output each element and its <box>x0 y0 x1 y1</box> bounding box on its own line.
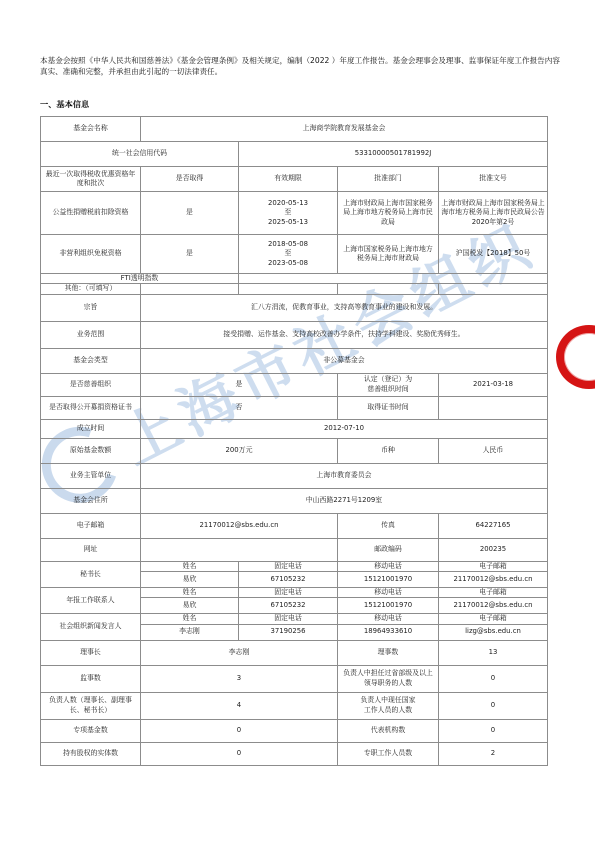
chairman-value: 李志刚 <box>141 640 338 665</box>
purpose-value: 汇八方涓流，促教育事业，支持高等教育事业的建设和发展。 <box>141 294 548 321</box>
other-cell-2 <box>239 284 338 294</box>
email-value: 21170012@sbs.edu.cn <box>141 513 338 538</box>
type-value: 非公募基金会 <box>141 348 548 373</box>
supervisors-count-value: 3 <box>141 665 338 692</box>
row-public-fundraising: 是否取得公开募捐资格证书 否 取得证书时间 <box>41 396 548 419</box>
row-equity-entities: 持有股权的实体数 0 专职工作人员数 2 <box>41 742 548 765</box>
fti-value <box>239 274 548 284</box>
certificate-time-label: 取得证书时间 <box>338 396 439 419</box>
tax-deduction-obtained: 是 <box>141 192 239 235</box>
equity-entities-label: 持有股权的实体数 <box>41 742 141 765</box>
report-page: 本基金会按照《中华人民共和国慈善法》《基金会管理条例》及相关规定，编制（2022… <box>0 0 595 842</box>
special-funds-value: 0 <box>141 719 338 742</box>
website-value <box>141 538 338 561</box>
chairman-label: 理事长 <box>41 640 141 665</box>
public-fundraising-label: 是否取得公开募捐资格证书 <box>41 396 141 419</box>
tax-header-period: 有效期限 <box>239 167 338 192</box>
other-cell-3 <box>338 284 439 294</box>
spokesperson-email-header: 电子邮箱 <box>439 614 548 624</box>
established-value: 2012-07-10 <box>141 419 548 438</box>
tax-header-label: 最近一次取得税收优惠资格年度和批次 <box>41 167 141 192</box>
nonprofit-exempt-obtained: 是 <box>141 235 239 274</box>
scope-label: 业务范围 <box>41 321 141 348</box>
basic-info-table: 基金会名称 上海商学院教育发展基金会 统一社会信用代码 533100005017… <box>40 116 548 766</box>
tax-deduction-period: 2020-05-13 至 2025-05-13 <box>239 192 338 235</box>
row-other: 其他：（可填写） <box>41 284 548 294</box>
leaders-count-value: 4 <box>141 692 338 719</box>
address-value: 中山西路2271号1209室 <box>141 488 548 513</box>
spokesperson-label: 社会组织新闻发言人 <box>41 614 141 640</box>
row-email: 电子邮箱 21170012@sbs.edu.cn 传真 64227165 <box>41 513 548 538</box>
address-label: 基金会住所 <box>41 488 141 513</box>
row-established: 成立时间 2012-07-10 <box>41 419 548 438</box>
row-leaders-count: 负责人数（理事长、副理事长、秘书长） 4 负责人中现任国家 工作人员的人数 0 <box>41 692 548 719</box>
row-special-funds: 专项基金数 0 代表机构数 0 <box>41 719 548 742</box>
provincial-leaders-label: 负责人中担任过省部级及以上领导职务的人数 <box>338 665 439 692</box>
scope-value: 接受捐赠、运作基金、支持高校改善办学条件，扶持学科建设、奖励优秀师生。 <box>141 321 548 348</box>
state-employees-value: 0 <box>439 692 548 719</box>
leaders-count-label: 负责人数（理事长、副理事长、秘书长） <box>41 692 141 719</box>
secretary-mobile: 15121001970 <box>338 571 439 587</box>
spokesperson-mobile: 18964933610 <box>338 624 439 640</box>
spokesperson-tel-header: 固定电话 <box>239 614 338 624</box>
secretary-name: 易欣 <box>141 571 239 587</box>
tax-deduction-authority: 上海市财政局上海市国家税务局上海市地方税务局上海市民政局 <box>338 192 439 235</box>
row-supervisors-count: 监事数 3 负责人中担任过省部级及以上领导职务的人数 0 <box>41 665 548 692</box>
row-purpose: 宗旨 汇八方涓流，促教育事业，支持高等教育事业的建设和发展。 <box>41 294 548 321</box>
row-charity-status: 是否慈善组织 是 认定（登记）为 慈善组织时间 2021-03-18 <box>41 373 548 396</box>
row-original-fund: 原始基金数额 200万元 币种 人民币 <box>41 438 548 463</box>
credit-code-value: 53310000501781992J <box>239 142 548 167</box>
red-seal-partial-icon <box>556 325 595 389</box>
nonprofit-exempt-doc-no: 沪国税发【2018】50号 <box>439 235 548 274</box>
tax-deduction-doc-no: 上海市财政局上海市国家税务局上海市地方税务局上海市民政局公告2020年第2号 <box>439 192 548 235</box>
email-label: 电子邮箱 <box>41 513 141 538</box>
charity-label: 是否慈善组织 <box>41 373 141 396</box>
charity-reg-time-label: 认定（登记）为 慈善组织时间 <box>338 373 439 396</box>
tax-header-authority: 批准部门 <box>338 167 439 192</box>
fax-label: 传真 <box>338 513 439 538</box>
currency-label: 币种 <box>338 438 439 463</box>
supervisor-unit-value: 上海市教育委员会 <box>141 463 548 488</box>
foundation-name-label: 基金会名称 <box>41 117 141 142</box>
annual-contact-mobile-header: 移动电话 <box>338 587 439 597</box>
annual-contact-label: 年报工作联系人 <box>41 587 141 613</box>
annual-contact-mobile: 15121001970 <box>338 598 439 614</box>
nonprofit-exempt-label: 非营利组织免税资格 <box>41 235 141 274</box>
secretary-tel: 67105232 <box>239 571 338 587</box>
representative-offices-label: 代表机构数 <box>338 719 439 742</box>
tax-deduction-label: 公益性捐赠税前扣除资格 <box>41 192 141 235</box>
fulltime-staff-label: 专职工作人员数 <box>338 742 439 765</box>
annual-contact-email: 21170012@sbs.edu.cn <box>439 598 548 614</box>
other-label: 其他：（可填写） <box>41 284 141 294</box>
secretary-label: 秘书长 <box>41 561 141 587</box>
supervisors-count-label: 监事数 <box>41 665 141 692</box>
tax-header-doc-no: 批准文号 <box>439 167 548 192</box>
provincial-leaders-value: 0 <box>439 665 548 692</box>
established-label: 成立时间 <box>41 419 141 438</box>
row-annual-contact-header: 年报工作联系人 姓名 固定电话 移动电话 电子邮箱 <box>41 587 548 597</box>
other-cell-1 <box>141 284 239 294</box>
charity-value: 是 <box>141 373 338 396</box>
representative-offices-value: 0 <box>439 719 548 742</box>
row-website: 网址 邮政编码 200235 <box>41 538 548 561</box>
supervisor-unit-label: 业务主管单位 <box>41 463 141 488</box>
row-fti-index: FTI透明指数 <box>41 274 548 284</box>
declaration-paragraph: 本基金会按照《中华人民共和国慈善法》《基金会管理条例》及相关规定，编制（2022… <box>40 55 560 77</box>
type-label: 基金会类型 <box>41 348 141 373</box>
charity-reg-time-value: 2021-03-18 <box>439 373 548 396</box>
tax-header-obtained: 是否取得 <box>141 167 239 192</box>
secretary-tel-header: 固定电话 <box>239 561 338 571</box>
row-tax-deduction: 公益性捐赠税前扣除资格 是 2020-05-13 至 2025-05-13 上海… <box>41 192 548 235</box>
annual-contact-tel: 67105232 <box>239 598 338 614</box>
foundation-name-value: 上海商学院教育发展基金会 <box>141 117 548 142</box>
secretary-name-header: 姓名 <box>141 561 239 571</box>
nonprofit-exempt-period: 2018-05-08 至 2023-05-08 <box>239 235 338 274</box>
row-nonprofit-exempt: 非营利组织免税资格 是 2018-05-08 至 2023-05-08 上海市国… <box>41 235 548 274</box>
fti-label: FTI透明指数 <box>41 274 239 284</box>
annual-contact-email-header: 电子邮箱 <box>439 587 548 597</box>
original-fund-value: 200万元 <box>141 438 338 463</box>
row-tax-header: 最近一次取得税收优惠资格年度和批次 是否取得 有效期限 批准部门 批准文号 <box>41 167 548 192</box>
spokesperson-name: 李志刚 <box>141 624 239 640</box>
annual-contact-tel-header: 固定电话 <box>239 587 338 597</box>
purpose-label: 宗旨 <box>41 294 141 321</box>
website-label: 网址 <box>41 538 141 561</box>
row-address: 基金会住所 中山西路2271号1209室 <box>41 488 548 513</box>
fax-value: 64227165 <box>439 513 548 538</box>
row-credit-code: 统一社会信用代码 53310000501781992J <box>41 142 548 167</box>
currency-value: 人民币 <box>439 438 548 463</box>
secretary-mobile-header: 移动电话 <box>338 561 439 571</box>
other-cell-4 <box>439 284 548 294</box>
state-employees-label: 负责人中现任国家 工作人员的人数 <box>338 692 439 719</box>
section-title: 一、基本信息 <box>40 99 89 110</box>
public-fundraising-value: 否 <box>141 396 338 419</box>
secretary-email-header: 电子邮箱 <box>439 561 548 571</box>
nonprofit-exempt-authority: 上海市国家税务局上海市地方税务局上海市财政局 <box>338 235 439 274</box>
row-spokesperson-header: 社会组织新闻发言人 姓名 固定电话 移动电话 电子邮箱 <box>41 614 548 624</box>
row-foundation-name: 基金会名称 上海商学院教育发展基金会 <box>41 117 548 142</box>
equity-entities-value: 0 <box>141 742 338 765</box>
row-type: 基金会类型 非公募基金会 <box>41 348 548 373</box>
directors-count-value: 13 <box>439 640 548 665</box>
secretary-email: 21170012@sbs.edu.cn <box>439 571 548 587</box>
annual-contact-name-header: 姓名 <box>141 587 239 597</box>
directors-count-label: 理事数 <box>338 640 439 665</box>
annual-contact-name: 易欣 <box>141 598 239 614</box>
postcode-value: 200235 <box>439 538 548 561</box>
row-supervisor-unit: 业务主管单位 上海市教育委员会 <box>41 463 548 488</box>
fulltime-staff-value: 2 <box>439 742 548 765</box>
original-fund-label: 原始基金数额 <box>41 438 141 463</box>
row-scope: 业务范围 接受捐赠、运作基金、支持高校改善办学条件，扶持学科建设、奖励优秀师生。 <box>41 321 548 348</box>
row-chairman: 理事长 李志刚 理事数 13 <box>41 640 548 665</box>
special-funds-label: 专项基金数 <box>41 719 141 742</box>
row-secretary-header: 秘书长 姓名 固定电话 移动电话 电子邮箱 <box>41 561 548 571</box>
spokesperson-tel: 37190256 <box>239 624 338 640</box>
spokesperson-email: lizg@sbs.edu.cn <box>439 624 548 640</box>
credit-code-label: 统一社会信用代码 <box>41 142 239 167</box>
spokesperson-name-header: 姓名 <box>141 614 239 624</box>
spokesperson-mobile-header: 移动电话 <box>338 614 439 624</box>
postcode-label: 邮政编码 <box>338 538 439 561</box>
certificate-time-value <box>439 396 548 419</box>
